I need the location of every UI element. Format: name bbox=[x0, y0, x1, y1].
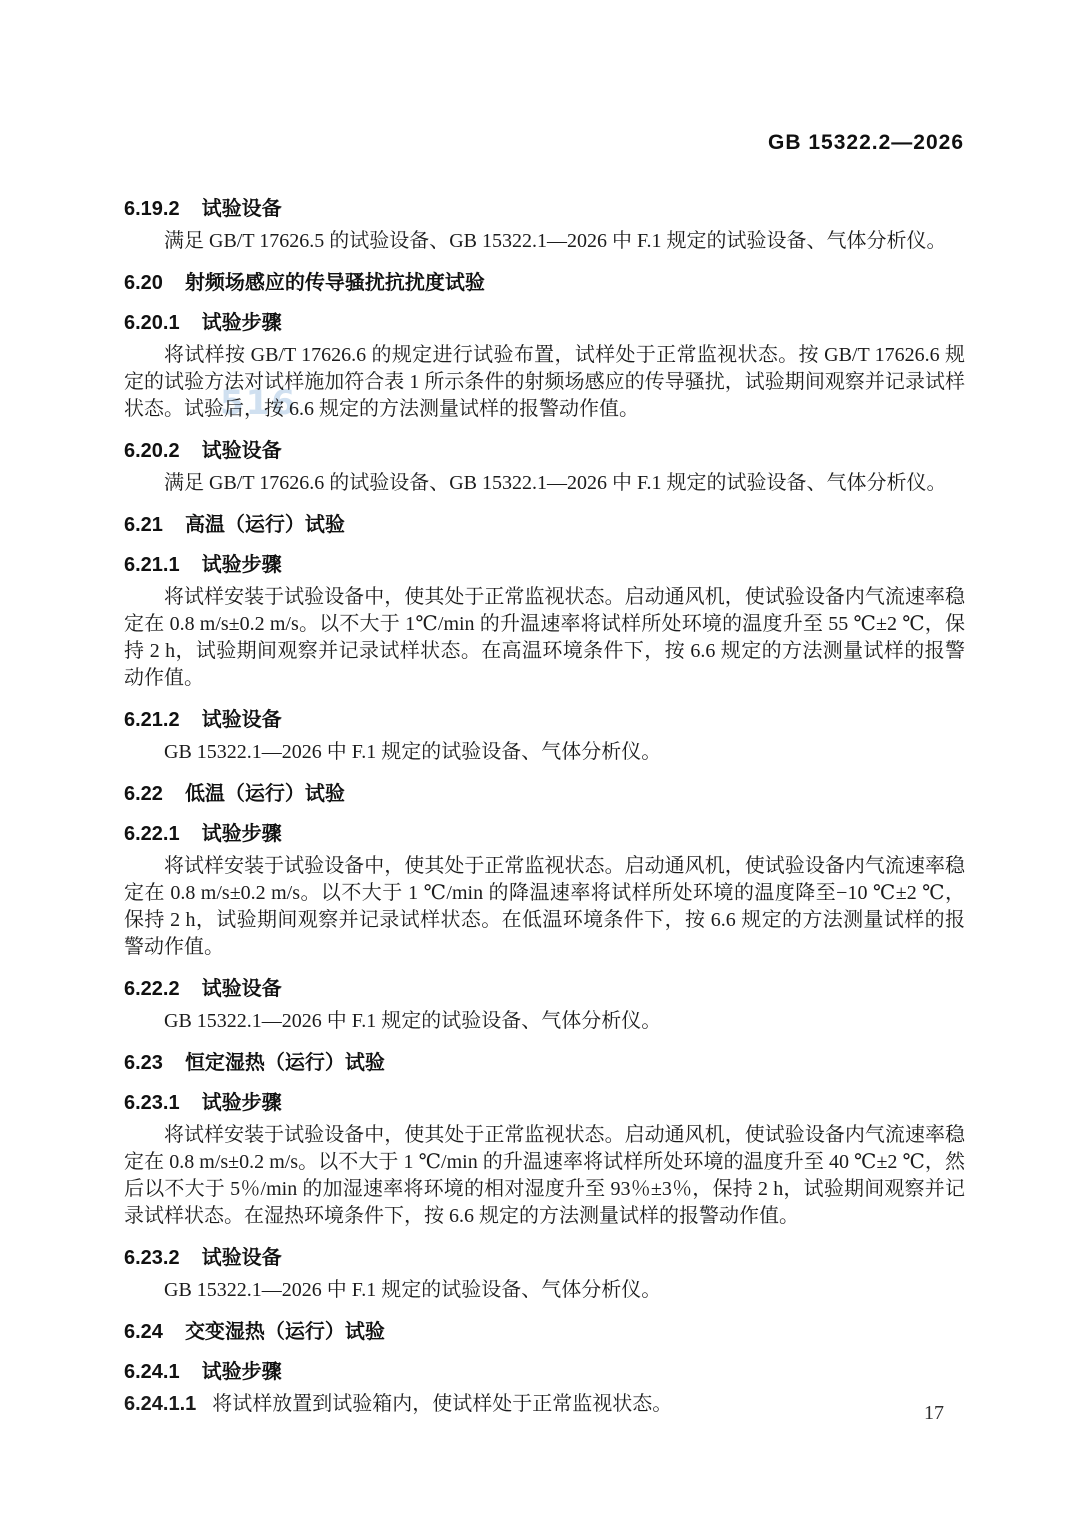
heading-title: 低温（运行）试验 bbox=[185, 783, 345, 805]
document-page: GB 15322.2—2026 516 6.19.2试验设备满足 GB/T 17… bbox=[0, 0, 1080, 1527]
paragraph: GB 15322.1—2026 中 F.1 规定的试验设备、气体分析仪。 bbox=[124, 1277, 965, 1304]
paragraph: 将试样按 GB/T 17626.6 的规定进行试验布置，试样处于正常监视状态。按… bbox=[124, 342, 965, 423]
heading-6.22.1: 6.22.1试验步骤 bbox=[124, 822, 965, 846]
heading-title: 试验步骤 bbox=[202, 312, 282, 334]
heading-6.21: 6.21高温（运行）试验 bbox=[124, 513, 965, 537]
paragraph: 将试样安装于试验设备中，使其处于正常监视状态。启动通风机，使试验设备内气流速率稳… bbox=[124, 853, 965, 961]
heading-number: 6.21.1 bbox=[124, 554, 180, 576]
paragraph: 将试样安装于试验设备中，使其处于正常监视状态。启动通风机，使试验设备内气流速率稳… bbox=[124, 584, 965, 692]
heading-6.23: 6.23恒定湿热（运行）试验 bbox=[124, 1051, 965, 1075]
heading-number: 6.23 bbox=[124, 1052, 163, 1074]
heading-number: 6.22 bbox=[124, 783, 163, 805]
heading-title: 试验步骤 bbox=[202, 823, 282, 845]
heading-number: 6.23.2 bbox=[124, 1247, 180, 1269]
paragraph: GB 15322.1—2026 中 F.1 规定的试验设备、气体分析仪。 bbox=[124, 1008, 965, 1035]
clause-6.24.1.1: 6.24.1.1将试样放置到试验箱内，使试样处于正常监视状态。 bbox=[124, 1391, 965, 1418]
paragraph: 满足 GB/T 17626.5 的试验设备、GB 15322.1—2026 中 … bbox=[124, 228, 965, 255]
heading-number: 6.22.2 bbox=[124, 978, 180, 1000]
heading-6.21.1: 6.21.1试验步骤 bbox=[124, 553, 965, 577]
heading-number: 6.23.1 bbox=[124, 1092, 180, 1114]
heading-6.23.2: 6.23.2试验设备 bbox=[124, 1246, 965, 1270]
heading-number: 6.24 bbox=[124, 1321, 163, 1343]
clause-number: 6.24.1.1 bbox=[124, 1393, 196, 1415]
heading-title: 试验设备 bbox=[202, 978, 282, 1000]
heading-title: 交变湿热（运行）试验 bbox=[185, 1321, 385, 1343]
heading-title: 试验步骤 bbox=[202, 554, 282, 576]
heading-number: 6.20.2 bbox=[124, 440, 180, 462]
heading-title: 高温（运行）试验 bbox=[185, 514, 345, 536]
heading-title: 恒定湿热（运行）试验 bbox=[185, 1052, 385, 1074]
heading-title: 试验设备 bbox=[202, 198, 282, 220]
heading-title: 试验设备 bbox=[202, 440, 282, 462]
heading-6.19.2: 6.19.2试验设备 bbox=[124, 197, 965, 221]
heading-title: 试验设备 bbox=[202, 1247, 282, 1269]
heading-number: 6.20.1 bbox=[124, 312, 180, 334]
heading-title: 试验步骤 bbox=[202, 1092, 282, 1114]
heading-6.20: 6.20射频场感应的传导骚扰抗扰度试验 bbox=[124, 271, 965, 295]
heading-6.22.2: 6.22.2试验设备 bbox=[124, 977, 965, 1001]
paragraph: GB 15322.1—2026 中 F.1 规定的试验设备、气体分析仪。 bbox=[124, 739, 965, 766]
heading-title: 试验步骤 bbox=[202, 1361, 282, 1383]
heading-number: 6.22.1 bbox=[124, 823, 180, 845]
heading-6.24: 6.24交变湿热（运行）试验 bbox=[124, 1320, 965, 1344]
heading-6.22: 6.22低温（运行）试验 bbox=[124, 782, 965, 806]
standard-code: GB 15322.2—2026 bbox=[124, 131, 964, 155]
heading-6.20.2: 6.20.2试验设备 bbox=[124, 439, 965, 463]
heading-6.24.1: 6.24.1试验步骤 bbox=[124, 1360, 965, 1384]
paragraph: 满足 GB/T 17626.6 的试验设备、GB 15322.1—2026 中 … bbox=[124, 470, 965, 497]
heading-number: 6.21 bbox=[124, 514, 163, 536]
heading-number: 6.19.2 bbox=[124, 198, 180, 220]
heading-number: 6.24.1 bbox=[124, 1361, 180, 1383]
heading-number: 6.21.2 bbox=[124, 709, 180, 731]
document-body: 6.19.2试验设备满足 GB/T 17626.5 的试验设备、GB 15322… bbox=[124, 197, 965, 1418]
heading-number: 6.20 bbox=[124, 272, 163, 294]
heading-6.23.1: 6.23.1试验步骤 bbox=[124, 1091, 965, 1115]
paragraph: 将试样安装于试验设备中，使其处于正常监视状态。启动通风机，使试验设备内气流速率稳… bbox=[124, 1122, 965, 1230]
heading-6.21.2: 6.21.2试验设备 bbox=[124, 708, 965, 732]
heading-6.20.1: 6.20.1试验步骤 bbox=[124, 311, 965, 335]
page-number: 17 bbox=[924, 1402, 944, 1425]
heading-title: 试验设备 bbox=[202, 709, 282, 731]
heading-title: 射频场感应的传导骚扰抗扰度试验 bbox=[185, 272, 485, 294]
